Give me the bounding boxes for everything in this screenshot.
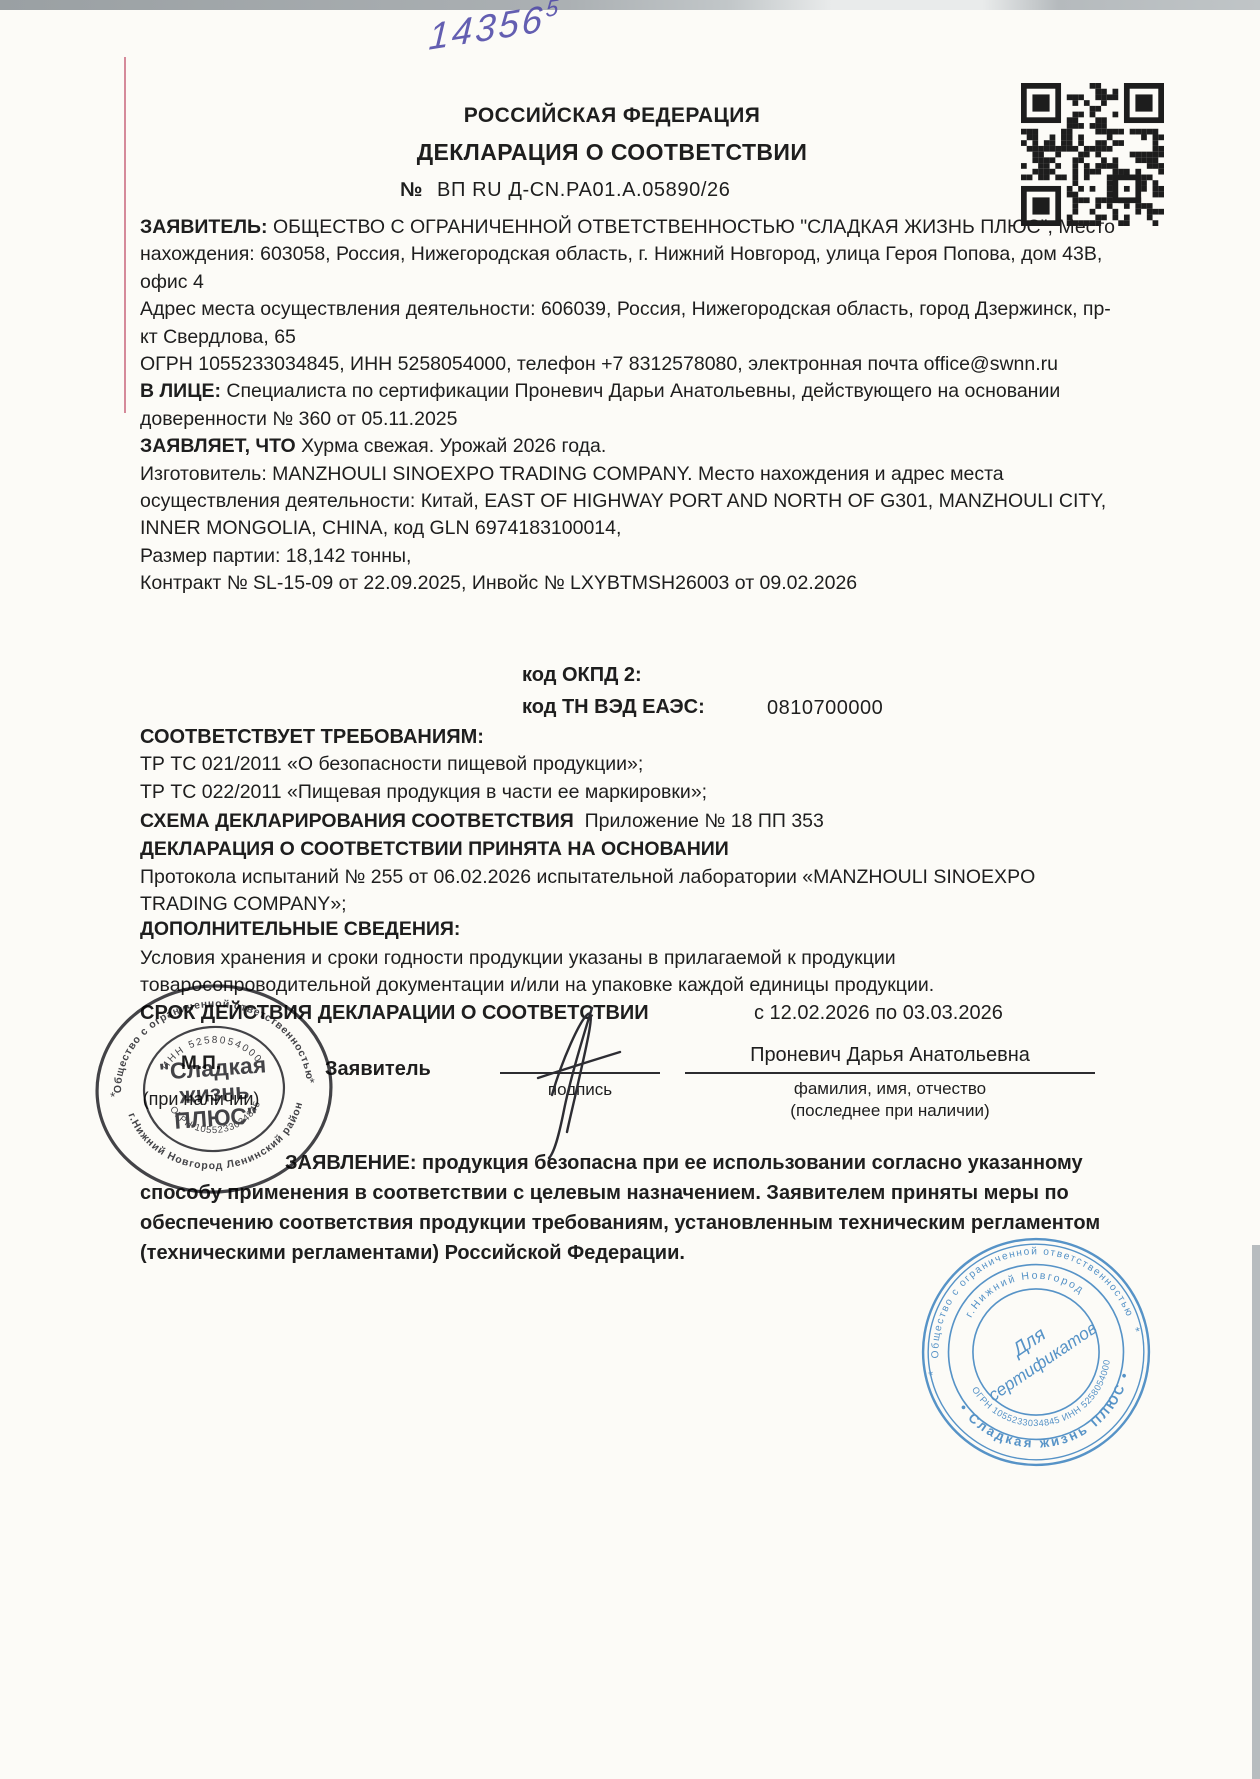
scan-edge-top bbox=[0, 0, 1260, 10]
batch-size-line: Размер партии: 18,142 тонны, bbox=[140, 543, 1122, 570]
applicant-label: ЗАЯВИТЕЛЬ: bbox=[140, 216, 268, 238]
product-text: Хурма свежая. Урожай 2026 года. bbox=[301, 435, 606, 457]
compliance-block: СООТВЕТСТВУЕТ ТРЕБОВАНИЯМ: ТР ТС 021/201… bbox=[140, 724, 1122, 806]
declaration-document-page: 143565 РОССИЙСКАЯ ФЕДЕРАЦИЯ ДЕКЛАРАЦИЯ О… bbox=[0, 0, 1260, 1779]
scheme-value: Приложение № 18 ПП 353 bbox=[585, 810, 824, 832]
scheme-label: СХЕМА ДЕКЛАРИРОВАНИЯ СООТВЕТСТВИЯ bbox=[140, 810, 574, 832]
activity-address-line: Адрес места осуществления деятельности: … bbox=[140, 296, 1122, 351]
scheme-row: СХЕМА ДЕКЛАРИРОВАНИЯ СООТВЕТСТВИЯ Прилож… bbox=[140, 810, 824, 833]
basis-text: Протокола испытаний № 255 от 06.02.2026 … bbox=[140, 864, 1122, 919]
compliance-item: ТР ТС 022/2011 «Пищевая продукция в част… bbox=[140, 779, 1122, 806]
signer-name-block: Проневич Дарья Анатольевна фамилия, имя,… bbox=[685, 1044, 1095, 1121]
company-stamp-blue: Общество с ограниченной ответственностью… bbox=[896, 1212, 1176, 1492]
tnved-code-row: код ТН ВЭД ЕАЭС: 0810700000 bbox=[522, 696, 705, 719]
in-person-paragraph: В ЛИЦЕ: Специалиста по сертификации Прон… bbox=[140, 378, 1122, 433]
star-glyph: * bbox=[927, 1368, 935, 1383]
handwritten-superscript: 5 bbox=[545, 0, 562, 22]
star-glyph: * bbox=[309, 1075, 315, 1090]
ogrn-inn-line: ОГРН 1055233034845, ИНН 5258054000, теле… bbox=[140, 351, 1122, 378]
in-person-label: В ЛИЦЕ: bbox=[140, 380, 221, 402]
applicant-text: ОБЩЕСТВО С ОГРАНИЧЕННОЙ ОТВЕТСТВЕННОСТЬЮ… bbox=[140, 216, 1115, 293]
declares-paragraph: ЗАЯВЛЯЕТ, ЧТО Хурма свежая. Урожай 2026 … bbox=[140, 433, 1122, 460]
tnved-code-value: 0810700000 bbox=[767, 697, 883, 720]
signer-name: Проневич Дарья Анатольевна bbox=[685, 1044, 1095, 1074]
number-sign: № bbox=[400, 179, 422, 202]
in-person-text: Специалиста по сертификации Проневич Дар… bbox=[140, 380, 1060, 429]
stamp-black-center-line3: ПЛЮС" bbox=[173, 1102, 258, 1134]
contract-invoice-line: Контракт № SL-15-09 от 22.09.2025, Инвой… bbox=[140, 570, 1122, 597]
handwritten-signature bbox=[522, 1000, 634, 1165]
declaration-number: ВП RU Д-CN.РА01.А.05890/26 bbox=[437, 179, 730, 202]
manufacturer-line: Изготовитель: MANZHOULI SINOEXPO TRADING… bbox=[140, 461, 1122, 543]
signature-applicant-label: Заявитель bbox=[325, 1058, 431, 1081]
okpd-code-label: код ОКПД 2: bbox=[522, 664, 642, 687]
main-body-block: ЗАЯВИТЕЛЬ: ОБЩЕСТВО С ОГРАНИЧЕННОЙ ОТВЕТ… bbox=[140, 214, 1122, 598]
applicant-paragraph: ЗАЯВИТЕЛЬ: ОБЩЕСТВО С ОГРАНИЧЕННОЙ ОТВЕТ… bbox=[140, 214, 1122, 296]
basis-heading: ДЕКЛАРАЦИЯ О СООТВЕТСТВИИ ПРИНЯТА НА ОСН… bbox=[140, 838, 729, 861]
company-stamp-black: Общество с ограниченной ответственностью… bbox=[85, 974, 343, 1204]
compliance-heading: СООТВЕТСТВУЕТ ТРЕБОВАНИЯМ: bbox=[140, 724, 1122, 751]
country-title: РОССИЙСКАЯ ФЕДЕРАЦИЯ bbox=[137, 104, 1087, 128]
document-title: ДЕКЛАРАЦИЯ О СООТВЕТСТВИИ bbox=[137, 139, 1087, 166]
tnved-code-label: код ТН ВЭД ЕАЭС: bbox=[522, 696, 705, 718]
additional-info-heading: ДОПОЛНИТЕЛЬНЫЕ СВЕДЕНИЯ: bbox=[140, 918, 460, 941]
declares-label: ЗАЯВЛЯЕТ, ЧТО bbox=[140, 435, 296, 457]
validity-value: с 12.02.2026 по 03.03.2026 bbox=[754, 1002, 1003, 1025]
red-margin-line bbox=[124, 57, 126, 413]
name-caption-2: (последнее при наличии) bbox=[685, 1101, 1095, 1121]
star-glyph: * bbox=[110, 1089, 116, 1104]
name-caption-1: фамилия, имя, отчество bbox=[685, 1079, 1095, 1099]
scan-edge-right bbox=[1252, 1245, 1260, 1779]
compliance-item: ТР ТС 021/2011 «О безопасности пищевой п… bbox=[140, 751, 1122, 778]
